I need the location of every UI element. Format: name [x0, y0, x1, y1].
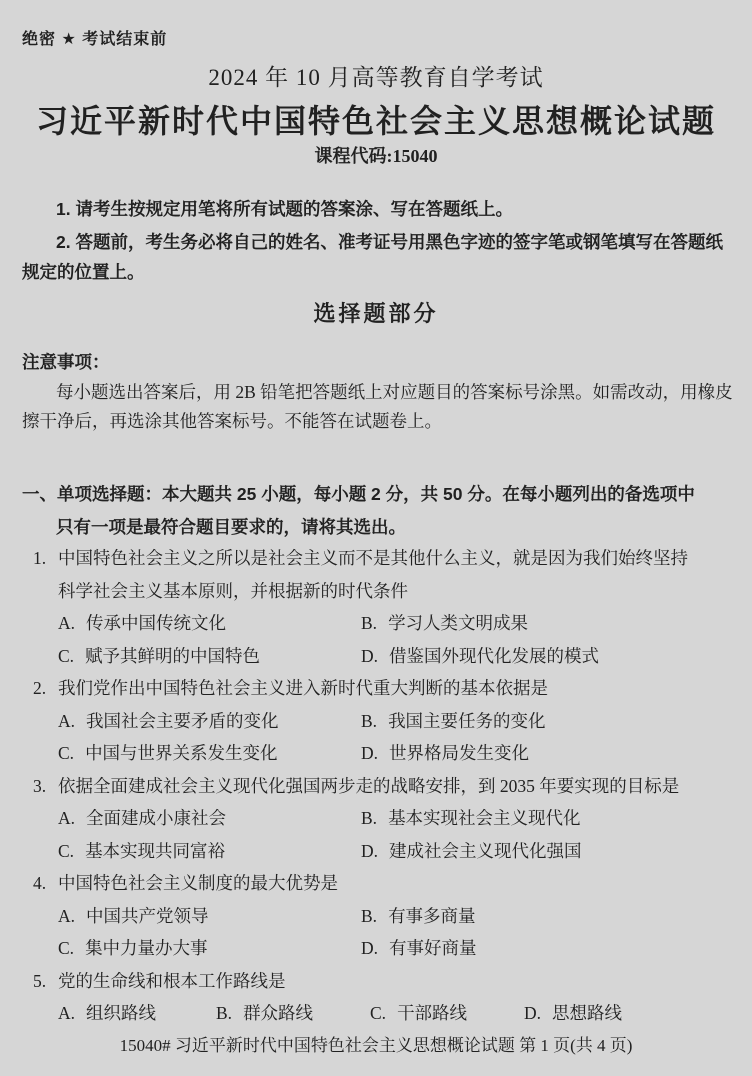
question-5-options-row: A.组织路线 B.群众路线 C.干部路线 D.思想路线 — [22, 997, 734, 1030]
question-3-option-b: B.基本实现社会主义现代化 — [361, 802, 581, 835]
question-4-number: 4. — [33, 867, 46, 900]
attention-paragraph: 每小题选出答案后，用 2B 铅笔把答题纸上对应题目的答案标号涂黑。如需改动，用橡… — [22, 378, 734, 435]
part-one-heading: 一、单项选择题：本大题共 25 小题，每小题 2 分，共 50 分。在每小题列出… — [22, 478, 696, 544]
paper-title: 习近平新时代中国特色社会主义思想概论试题 — [0, 96, 752, 142]
question-4-option-a: A.中国共产党领导 — [58, 900, 361, 933]
section-title: 选择题部分 — [0, 297, 752, 328]
question-1-option-d: D.借鉴国外现代化发展的模式 — [361, 640, 599, 673]
question-5-option-b: B.群众路线 — [216, 997, 370, 1030]
candidate-notices: 1. 请考生按规定用笔将所有试题的答案涂、写在答题纸上。 2. 答题前，考生务必… — [22, 194, 730, 287]
question-5-option-d: D.思想路线 — [524, 997, 622, 1030]
question-2-stem: 我们党作出中国特色社会主义进入新时代重大判断的基本依据是 — [58, 678, 548, 698]
question-1-number: 1. — [33, 542, 46, 575]
question-2-option-a: A.我国社会主要矛盾的变化 — [58, 705, 361, 738]
question-1-option-c: C.赋予其鲜明的中国特色 — [58, 640, 361, 673]
notice-1: 1. 请考生按规定用笔将所有试题的答案涂、写在答题纸上。 — [22, 194, 730, 224]
question-2-options-row-1: A.我国社会主要矛盾的变化 B.我国主要任务的变化 — [22, 705, 734, 738]
page-footer: 15040# 习近平新时代中国特色社会主义思想概论试题 第 1 页(共 4 页) — [0, 1031, 752, 1056]
classification-banner: 绝密 ★ 考试结束前 — [22, 26, 167, 49]
course-code-label: 课程代码: — [315, 146, 393, 166]
question-4-options-row-2: C.集中力量办大事 D.有事好商量 — [22, 932, 734, 965]
question-1-options-row-1: A.传承中国传统文化 B.学习人类文明成果 — [22, 607, 734, 640]
question-4: 4. 中国特色社会主义制度的最大优势是 — [22, 867, 690, 900]
question-5: 5. 党的生命线和根本工作路线是 — [22, 965, 690, 998]
exam-session-title: 2024 年 10 月高等教育自学考试 — [0, 59, 752, 92]
course-code-value: 15040 — [393, 146, 438, 166]
question-3-option-d: D.建成社会主义现代化强国 — [361, 835, 582, 868]
question-2-number: 2. — [33, 672, 46, 705]
question-list: 1. 中国特色社会主义之所以是社会主义而不是其他什么主义，就是因为我们始终坚持科… — [22, 542, 734, 1030]
question-3-option-c: C.基本实现共同富裕 — [58, 835, 361, 868]
question-1-option-b: B.学习人类文明成果 — [361, 607, 528, 640]
question-4-options-row-1: A.中国共产党领导 B.有事多商量 — [22, 900, 734, 933]
question-3-number: 3. — [33, 770, 46, 803]
question-2-option-c: C.中国与世界关系发生变化 — [58, 737, 361, 770]
question-1-option-a: A.传承中国传统文化 — [58, 607, 361, 640]
question-4-stem: 中国特色社会主义制度的最大优势是 — [58, 873, 338, 893]
exam-paper-page: 绝密 ★ 考试结束前 2024 年 10 月高等教育自学考试 习近平新时代中国特… — [0, 0, 752, 1076]
question-1: 1. 中国特色社会主义之所以是社会主义而不是其他什么主义，就是因为我们始终坚持科… — [22, 542, 690, 607]
question-4-option-b: B.有事多商量 — [361, 900, 476, 933]
question-5-option-a: A.组织路线 — [58, 997, 216, 1030]
question-3: 3. 依据全面建成社会主义现代化强国两步走的战略安排，到 2035 年要实现的目… — [22, 770, 690, 803]
question-1-options-row-2: C.赋予其鲜明的中国特色 D.借鉴国外现代化发展的模式 — [22, 640, 734, 673]
question-4-option-d: D.有事好商量 — [361, 932, 477, 965]
notice-2: 2. 答题前，考生务必将自己的姓名、准考证号用黑色字迹的签字笔或钢笔填写在答题纸… — [22, 227, 730, 287]
question-5-number: 5. — [33, 965, 46, 998]
question-3-stem: 依据全面建成社会主义现代化强国两步走的战略安排，到 2035 年要实现的目标是 — [58, 776, 679, 796]
question-2: 2. 我们党作出中国特色社会主义进入新时代重大判断的基本依据是 — [22, 672, 690, 705]
question-1-stem: 中国特色社会主义之所以是社会主义而不是其他什么主义，就是因为我们始终坚持科学社会… — [58, 548, 688, 601]
question-3-option-a: A.全面建成小康社会 — [58, 802, 361, 835]
question-2-option-d: D.世界格局发生变化 — [361, 737, 529, 770]
question-3-options-row-1: A.全面建成小康社会 B.基本实现社会主义现代化 — [22, 802, 734, 835]
attention-heading: 注意事项： — [22, 349, 110, 374]
question-5-option-c: C.干部路线 — [370, 997, 524, 1030]
question-2-options-row-2: C.中国与世界关系发生变化 D.世界格局发生变化 — [22, 737, 734, 770]
question-5-stem: 党的生命线和根本工作路线是 — [58, 971, 286, 991]
question-2-option-b: B.我国主要任务的变化 — [361, 705, 546, 738]
question-3-options-row-2: C.基本实现共同富裕 D.建成社会主义现代化强国 — [22, 835, 734, 868]
question-4-option-c: C.集中力量办大事 — [58, 932, 361, 965]
course-code: 课程代码:15040 — [0, 142, 752, 168]
